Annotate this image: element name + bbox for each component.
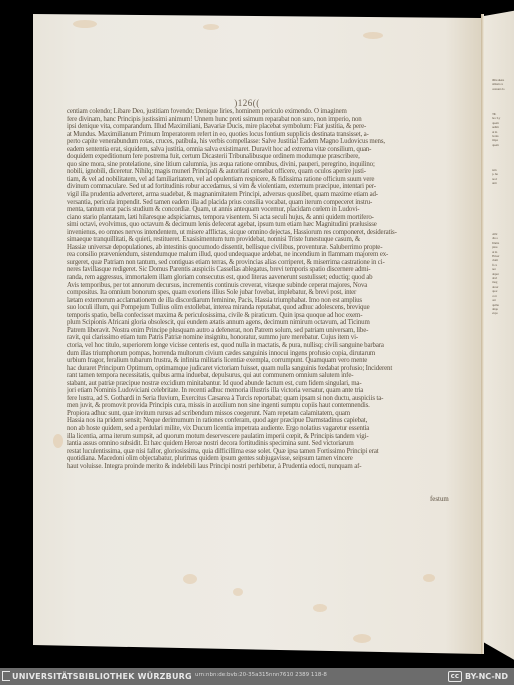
text-line: invenienus, eo omnes nervos intendentem,… — [67, 229, 477, 237]
text-line: rant tamen tempora necessitatis, quibus … — [67, 372, 477, 380]
text-line: centiam colendo; Libare Deo, justitiam f… — [67, 108, 477, 116]
text-line: surgeret, quæ Patriam non tantum, sed co… — [67, 259, 477, 267]
text-line: haut voluisse. Integra proinde merito & … — [67, 463, 477, 471]
license-label: BY-NC-ND — [465, 672, 508, 681]
text-line: Hassiæ universæ depopulationes, ab intes… — [67, 244, 477, 252]
text-line: lantia assus omnino subsidit. Et hæc qui… — [67, 440, 477, 448]
text-line: menta, tantum erat pacis studium & conco… — [67, 206, 477, 214]
text-line: quo sine mora, sine protelatione, sine l… — [67, 161, 477, 169]
library-logo-icon — [2, 671, 10, 681]
scanned-book-spread: illitu ulens ridiam ce cernunt do Tib ho… — [0, 0, 514, 668]
text-line: fere lustra, ad S. Gothardi in Seria flu… — [67, 395, 477, 403]
text-line: tiam, & vel ad nobilitatem, vel ad famil… — [67, 176, 477, 184]
text-line: suo loculi illum, qui Pompejum Tullius o… — [67, 304, 477, 312]
text-line: jori etiam Nominis Ludoviciani celebrita… — [67, 387, 477, 395]
text-line: non ab hoste quidem, sed a perdulari mil… — [67, 425, 477, 433]
text-line: urbium fragor, feralium tubarum frustra,… — [67, 357, 477, 365]
text-line: hac duraret Principum Optimum, optimamqu… — [67, 365, 477, 373]
text-line: ravit, qui clarissimo etiam tum Patris P… — [67, 334, 477, 342]
text-line: neres favillasque redigeret. Sic Domus P… — [67, 266, 477, 274]
text-line: simaeque tranquillitati, & quieti, resti… — [67, 236, 477, 244]
book-gutter — [481, 14, 484, 654]
text-line: dum illas triumphorum pompas, horrenda m… — [67, 350, 477, 358]
text-line: simi octavi, evolvimus, quo octavum & de… — [67, 221, 477, 229]
text-line: ipsi denique vita, comparandum. Illud Ma… — [67, 123, 477, 131]
text-line: temporis spatio, bella confecisset maxim… — [67, 312, 477, 320]
text-line: Avis temporibus, per tot annorum decursu… — [67, 282, 477, 290]
text-line: doquidem expeditionum fere postrema fuit… — [67, 153, 477, 161]
library-logo[interactable]: UNIVERSITÄTSBIBLIOTHEK WÜRZBURG — [2, 671, 192, 681]
text-line: nobili, ignobili, diceretur. Nihilq; mag… — [67, 168, 477, 176]
creative-commons-icon: cc — [448, 671, 462, 682]
text-line: men juvit, & promovit provida Principis … — [67, 402, 477, 410]
right-page-edge: illitu ulens ridiam ce cernunt do Tib ho… — [484, 10, 514, 662]
right-page-text-block: Albr dia a Imma pinu ut in Haver cium fi… — [492, 232, 514, 316]
text-line: at Mundus. Maximilianum Primum Imperator… — [67, 131, 477, 139]
viewer-footer-bar: UNIVERSITÄTSBIBLIOTHEK WÜRZBURG urn:nbn:… — [0, 668, 514, 685]
text-line: lætam externorum acclamationem de illa d… — [67, 297, 477, 305]
catchword: festum — [430, 496, 449, 503]
urn-identifier: urn:nbn:de:bvb:20-35a315nnn7610 2389 118… — [195, 672, 327, 678]
latin-body-text: centiam colendo; Libare Deo, justitiam f… — [67, 108, 477, 470]
text-line: plum Scipionis Africani gloria obsolesci… — [67, 319, 477, 327]
page-number: )126(( — [212, 98, 282, 108]
right-page-text-block: tem p. hu noct unir — [492, 168, 514, 186]
text-line: rea consilio præveniendum, sistendumque … — [67, 251, 477, 259]
text-line: Patrem liberavit. Nostra enim Principe p… — [67, 327, 477, 335]
license-badge[interactable]: cc BY-NC-ND — [448, 671, 508, 682]
text-line: vigil illa prudentia adverteret, arma su… — [67, 191, 477, 199]
text-line: quotidiana. Macedoni olim objectabatur, … — [67, 455, 477, 463]
text-line: Propiora adhuc sunt, quæ invitum rursus … — [67, 410, 477, 418]
text-line: compositus. Ita omnium bonorum spes, qua… — [67, 289, 477, 297]
text-line: ctoria, vel hoc titulo, superiorem longe… — [67, 342, 477, 350]
text-line: restat luculentissima, quæ nisi fallor, … — [67, 448, 477, 456]
text-line: stabant, aut patriæ præcipue nostræ exci… — [67, 380, 477, 388]
text-line: eadem sententia erat, siquidem, salva ju… — [67, 146, 477, 154]
text-line: ciano stario plantatam, læti hilaresque … — [67, 214, 477, 222]
text-line: fere divinam, hanc Principis justissimi … — [67, 116, 477, 124]
right-page-text-block: Tib hoc Ly quem uelim ut in bonis impe q… — [492, 112, 514, 147]
text-line: randa, rem aggressus, immortalem illam g… — [67, 274, 477, 282]
text-line: illa licentia, arma iterum sumpsit, ad q… — [67, 433, 477, 441]
text-line: divinum commaculare. Sed ut ad fortitudi… — [67, 183, 477, 191]
library-name: UNIVERSITÄTSBIBLIOTHEK WÜRZBURG — [12, 672, 192, 681]
text-line: versantia, pericula impendit. Sed tamen … — [67, 199, 477, 207]
text-line: perto capite venerabundum rotas, cruces,… — [67, 138, 477, 146]
text-line: Hassia nos ita pridem sensit; Neque deri… — [67, 417, 477, 425]
right-page-text-block: illitu ulens ridiam ce cernunt do — [492, 78, 514, 91]
